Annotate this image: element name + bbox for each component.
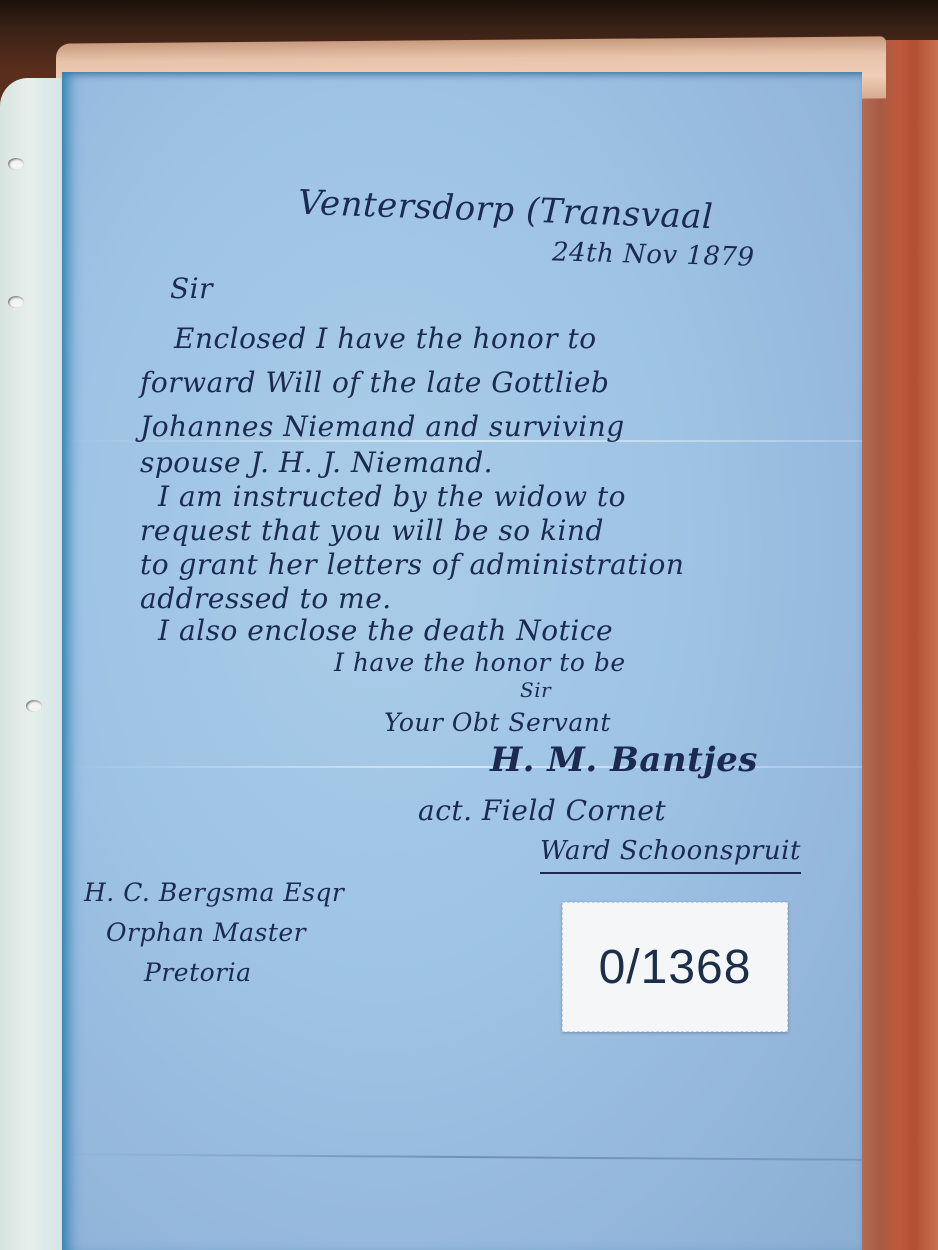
body-line: I also enclose the death Notice: [158, 614, 613, 647]
addressee-title: Orphan Master: [106, 918, 306, 947]
archive-reference-number: 0/1368: [599, 940, 752, 995]
addressee-place: Pretoria: [144, 958, 252, 987]
body-line: to grant her letters of administration: [140, 548, 684, 581]
paper-crease: [62, 1153, 862, 1161]
body-line: Enclosed I have the honor to: [174, 322, 597, 355]
body-line: addressed to me.: [140, 582, 392, 615]
body-line: Johannes Niemand and surviving: [140, 410, 625, 443]
body-line: I am instructed by the widow to: [158, 480, 626, 513]
closing-line: Sir: [520, 678, 551, 702]
signature-name: H. M. Bantjes: [490, 740, 758, 780]
closing-line: Your Obt Servant: [384, 708, 611, 737]
punch-hole: [26, 700, 42, 712]
archive-reference-label: 0/1368: [562, 902, 788, 1032]
body-line: spouse J. H. J. Niemand.: [140, 446, 493, 479]
signature-ward: Ward Schoonspruit: [540, 836, 801, 874]
closing-line: I have the honor to be: [334, 648, 626, 677]
letter-date: 24th Nov 1879: [552, 237, 755, 272]
punch-hole: [8, 296, 24, 308]
signature-title: act. Field Cornet: [418, 794, 666, 827]
addressee-name: H. C. Bergsma Esqr: [84, 878, 344, 907]
body-line: forward Will of the late Gottlieb: [140, 366, 609, 399]
punch-hole: [8, 158, 24, 170]
letter-sheet: Ventersdorp (Transvaal 24th Nov 1879 Sir…: [62, 72, 862, 1250]
letter-place: Ventersdorp (Transvaal: [297, 183, 714, 237]
salutation: Sir: [170, 272, 213, 305]
body-line: request that you will be so kind: [140, 514, 604, 547]
